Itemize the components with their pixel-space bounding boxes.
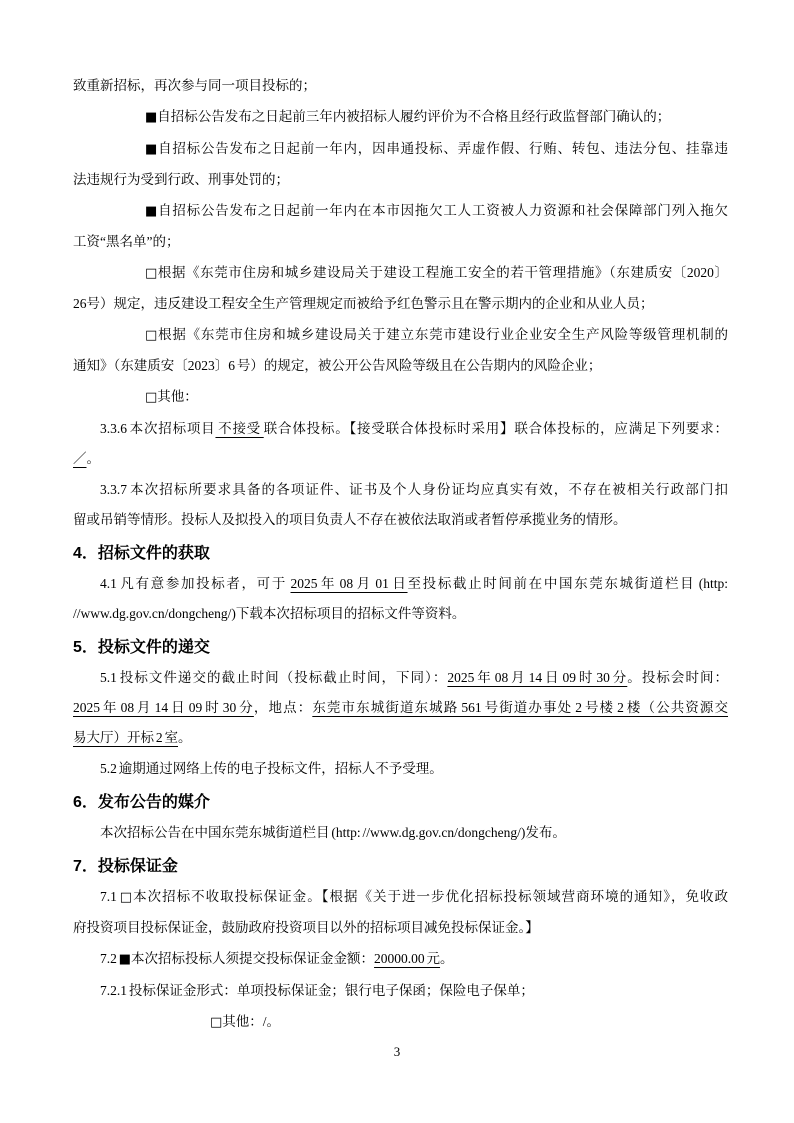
text-segment: 5．投标文件的递交 bbox=[73, 639, 210, 656]
text-segment: 其他： bbox=[157, 389, 198, 404]
section-heading: 4．招标文件的获取 bbox=[73, 539, 728, 569]
text-line: 7．投标保证金 bbox=[73, 852, 728, 882]
text-line: ■自招标公告发布之日起前一年内，因串通投标、弄虚作假、行贿、转包、违法分包、挂靠… bbox=[73, 134, 728, 165]
text-segment: 自招标公告发布之日起前一年内在本市因拖欠工人工资被人力资源和社会保障部门列入拖欠 bbox=[158, 203, 728, 218]
text-segment: 。 bbox=[87, 451, 101, 466]
text-segment: 4．招标文件的获取 bbox=[73, 545, 210, 562]
text-segment: 其他：/。 bbox=[222, 1014, 280, 1029]
text-line: 法违规行为受到行政、刑事处罚的； bbox=[73, 165, 728, 195]
checkbox-checked-icon: ■ bbox=[145, 142, 158, 157]
section-heading: 7．投标保证金 bbox=[73, 852, 728, 882]
text-segment: 本次招标投标人须提交投标保证金金额： bbox=[131, 951, 374, 966]
text-line: 3.3.7 本次招标所要求具备的各项证件、证书及个人身份证均应真实有效，不存在被… bbox=[73, 475, 728, 505]
text-line: 通知》（东建质安〔2023〕6 号）的规定，被公开公告风险等级且在公告期内的风险… bbox=[73, 351, 728, 381]
checkbox-checked-icon: ■ bbox=[145, 204, 158, 219]
text-line: □其他：/。 bbox=[73, 1007, 728, 1038]
checkbox-unchecked-icon: □ bbox=[145, 266, 158, 281]
text-segment: 根据《东莞市住房和城乡建设局关于建设工程施工安全的若干管理措施》（东建质安〔20… bbox=[158, 265, 728, 280]
paragraph: 7.1 □本次招标不收取投标保证金。【根据《关于进一步优化招标投标领域营商环境的… bbox=[73, 882, 728, 943]
underlined-fill-in-field: 易大厅）开标 2 室 bbox=[73, 730, 178, 745]
underlined-fill-in-field: 2025 年 08 月 14 日 09 时 30 分 bbox=[73, 700, 254, 715]
text-segment: 府投资项目投标保证金，鼓励政府投资项目以外的招标项目减免投标保证金。】 bbox=[73, 920, 539, 935]
text-line: 5．投标文件的递交 bbox=[73, 633, 728, 663]
text-line: 工资“黑名单”的； bbox=[73, 227, 728, 257]
text-line: 7.2 ■本次招标投标人须提交投标保证金金额：20000.00 元。 bbox=[73, 944, 728, 975]
checkbox-checked-icon: ■ bbox=[119, 952, 131, 967]
text-line: □根据《东莞市住房和城乡建设局关于建立东莞市建设行业企业安全生产风险等级管理机制… bbox=[73, 320, 728, 351]
paragraph: 3.3.7 本次招标所要求具备的各项证件、证书及个人身份证均应真实有效，不存在被… bbox=[73, 475, 728, 535]
paragraph: □根据《东莞市住房和城乡建设局关于建设工程施工安全的若干管理措施》（东建质安〔2… bbox=[73, 258, 728, 319]
text-segment: 法违规行为受到行政、刑事处罚的； bbox=[73, 172, 289, 187]
text-segment: 留或吊销等情形。投标人及拟投入的项目负责人不存在被依法取消或者暂停承揽业务的情形… bbox=[73, 512, 627, 527]
text-segment: 3.3.7 本次招标所要求具备的各项证件、证书及个人身份证均应真实有效，不存在被… bbox=[100, 482, 728, 497]
text-segment: 5.1 投标文件递交的截止时间（投标截止时间，下同）： bbox=[100, 670, 447, 685]
text-line: ■自招标公告发布之日起前一年内在本市因拖欠工人工资被人力资源和社会保障部门列入拖… bbox=[73, 196, 728, 227]
underlined-fill-in-field: 20000.00 元 bbox=[374, 951, 440, 966]
text-segment: 自招标公告发布之日起前三年内被招标人履约评价为不合格且经行政监督部门确认的； bbox=[157, 109, 670, 124]
text-line: 4.1 凡有意参加投标者，可于 2025 年 08 月 01 日至投标截止时间前… bbox=[73, 569, 728, 599]
paragraph: 4.1 凡有意参加投标者，可于 2025 年 08 月 01 日至投标截止时间前… bbox=[73, 569, 728, 629]
text-segment: 3.3.6 本次招标项目 bbox=[100, 421, 215, 436]
text-segment: 7.1 bbox=[100, 889, 120, 904]
underlined-fill-in-field: ／ bbox=[73, 451, 87, 466]
text-segment: 。 bbox=[440, 951, 454, 966]
document-page: 致重新招标，再次参与同一项目投标的；■自招标公告发布之日起前三年内被招标人履约评… bbox=[0, 0, 794, 1123]
text-line: 2025 年 08 月 14 日 09 时 30 分，地点：东莞市东城街道东城路… bbox=[73, 693, 728, 723]
text-line: ■自招标公告发布之日起前三年内被招标人履约评价为不合格且经行政监督部门确认的； bbox=[73, 102, 728, 133]
text-line: 7.1 □本次招标不收取投标保证金。【根据《关于进一步优化招标投标领域营商环境的… bbox=[73, 882, 728, 913]
text-segment: 自招标公告发布之日起前一年内，因串通投标、弄虚作假、行贿、转包、违法分包、挂靠违 bbox=[158, 141, 728, 156]
checkbox-unchecked-icon: □ bbox=[145, 328, 158, 343]
text-line: 5.2 逾期通过网络上传的电子投标文件，招标人不予受理。 bbox=[73, 754, 728, 784]
text-segment: 6．发布公告的媒介 bbox=[73, 794, 210, 811]
paragraph: 致重新招标，再次参与同一项目投标的； bbox=[73, 71, 728, 101]
text-line: 府投资项目投标保证金，鼓励政府投资项目以外的招标项目减免投标保证金。】 bbox=[73, 913, 728, 943]
text-line: 26号）规定，违反建设工程安全生产管理规定而被给予红色警示且在警示期内的企业和从… bbox=[73, 289, 728, 319]
text-segment: 致重新招标，再次参与同一项目投标的； bbox=[73, 78, 316, 93]
text-line: 6．发布公告的媒介 bbox=[73, 788, 728, 818]
paragraph: □根据《东莞市住房和城乡建设局关于建立东莞市建设行业企业安全生产风险等级管理机制… bbox=[73, 320, 728, 381]
text-line: 留或吊销等情形。投标人及拟投入的项目负责人不存在被依法取消或者暂停承揽业务的情形… bbox=[73, 505, 728, 535]
paragraph: 5.2 逾期通过网络上传的电子投标文件，招标人不予受理。 bbox=[73, 754, 728, 784]
paragraph: □其他： bbox=[73, 382, 728, 413]
text-line: 4．招标文件的获取 bbox=[73, 539, 728, 569]
text-line: ／。 bbox=[73, 444, 728, 474]
text-line: 7.2.1 投标保证金形式：单项投标保证金；银行电子保函；保险电子保单； bbox=[73, 976, 728, 1006]
paragraph: 7.2.1 投标保证金形式：单项投标保证金；银行电子保函；保险电子保单； bbox=[73, 976, 728, 1006]
text-line: 5.1 投标文件递交的截止时间（投标截止时间，下同）：2025 年 08 月 1… bbox=[73, 663, 728, 693]
text-segment: 7.2 bbox=[100, 951, 119, 966]
paragraph: ■自招标公告发布之日起前一年内在本市因拖欠工人工资被人力资源和社会保障部门列入拖… bbox=[73, 196, 728, 257]
paragraph: 7.2 ■本次招标投标人须提交投标保证金金额：20000.00 元。 bbox=[73, 944, 728, 975]
text-line: 3.3.6 本次招标项目 不接受 联合体投标。【接受联合体投标时采用】联合体投标… bbox=[73, 414, 728, 444]
text-segment: //www.dg.gov.cn/dongcheng/)下载本次招标项目的招标文件… bbox=[73, 606, 465, 621]
text-line: □其他： bbox=[73, 382, 728, 413]
text-line: //www.dg.gov.cn/dongcheng/)下载本次招标项目的招标文件… bbox=[73, 599, 728, 629]
checkbox-unchecked-icon: □ bbox=[210, 1015, 222, 1030]
paragraph: ■自招标公告发布之日起前一年内，因串通投标、弄虚作假、行贿、转包、违法分包、挂靠… bbox=[73, 134, 728, 195]
page-number: 3 bbox=[394, 1044, 401, 1059]
text-segment: 。 bbox=[178, 730, 192, 745]
checkbox-checked-icon: ■ bbox=[145, 110, 157, 125]
underlined-fill-in-field: 2025 年 08 月 14 日 09 时 30 分 bbox=[447, 670, 627, 685]
checkbox-unchecked-icon: □ bbox=[145, 390, 157, 405]
text-line: 致重新招标，再次参与同一项目投标的； bbox=[73, 71, 728, 101]
text-segment: 通知》（东建质安〔2023〕6 号）的规定，被公开公告风险等级且在公告期内的风险… bbox=[73, 358, 601, 373]
paragraph: 3.3.6 本次招标项目 不接受 联合体投标。【接受联合体投标时采用】联合体投标… bbox=[73, 414, 728, 474]
text-segment: 至投标截止时间前在中国东莞东城街道栏目 (http: bbox=[408, 576, 729, 591]
text-segment: 4.1 凡有意参加投标者，可于 bbox=[100, 576, 291, 591]
paragraph: □其他：/。 bbox=[73, 1007, 728, 1038]
text-segment: 联合体投标。【接受联合体投标时采用】联合体投标的，应满足下列要求： bbox=[264, 421, 728, 436]
text-segment: 本次招标公告在中国东莞东城街道栏目 (http: //www.dg.gov.cn… bbox=[100, 825, 566, 840]
text-segment: 7.2.1 投标保证金形式：单项投标保证金；银行电子保函；保险电子保单； bbox=[100, 983, 534, 998]
text-segment: 5.2 逾期通过网络上传的电子投标文件，招标人不予受理。 bbox=[100, 761, 443, 776]
underlined-fill-in-field: 不接受 bbox=[215, 421, 263, 436]
text-segment: 工资“黑名单”的； bbox=[73, 234, 179, 249]
text-segment: 。投标会时间： bbox=[627, 670, 728, 685]
section-heading: 6．发布公告的媒介 bbox=[73, 788, 728, 818]
text-line: 易大厅）开标 2 室。 bbox=[73, 723, 728, 753]
text-segment: ，地点： bbox=[254, 700, 312, 715]
text-segment: 26号）规定，违反建设工程安全生产管理规定而被给予红色警示且在警示期内的企业和从… bbox=[73, 296, 654, 311]
text-line: □根据《东莞市住房和城乡建设局关于建设工程施工安全的若干管理措施》（东建质安〔2… bbox=[73, 258, 728, 289]
paragraph: 本次招标公告在中国东莞东城街道栏目 (http: //www.dg.gov.cn… bbox=[73, 818, 728, 848]
text-segment: 根据《东莞市住房和城乡建设局关于建立东莞市建设行业企业安全生产风险等级管理机制的 bbox=[158, 327, 728, 342]
page-number-row: 3 bbox=[0, 1044, 794, 1060]
paragraph: ■自招标公告发布之日起前三年内被招标人履约评价为不合格且经行政监督部门确认的； bbox=[73, 102, 728, 133]
checkbox-unchecked-icon: □ bbox=[120, 890, 133, 905]
text-segment: 本次招标不收取投标保证金。【根据《关于进一步优化招标投标领域营商环境的通知》，免… bbox=[133, 889, 728, 904]
underlined-fill-in-field: 东莞市东城街道东城路 561 号街道办事处 2 号楼 2 楼（公共资源交 bbox=[312, 700, 728, 715]
underlined-fill-in-field: 2025 年 08 月 01 日 bbox=[291, 576, 408, 591]
section-heading: 5．投标文件的递交 bbox=[73, 633, 728, 663]
paragraph: 5.1 投标文件递交的截止时间（投标截止时间，下同）：2025 年 08 月 1… bbox=[73, 663, 728, 753]
text-segment: 7．投标保证金 bbox=[73, 858, 178, 875]
text-line: 本次招标公告在中国东莞东城街道栏目 (http: //www.dg.gov.cn… bbox=[73, 818, 728, 848]
document-content: 致重新招标，再次参与同一项目投标的；■自招标公告发布之日起前三年内被招标人履约评… bbox=[0, 0, 794, 1038]
